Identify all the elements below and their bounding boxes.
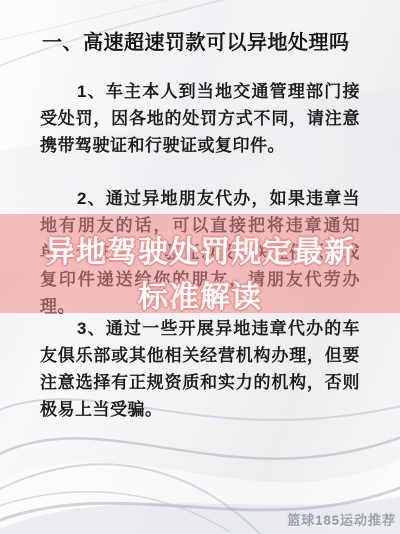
overlay-title-line1: 异地驾驶处罚规定最新 [0, 230, 400, 275]
section-heading: 一、高速超速罚款可以异地处理吗 [42, 26, 350, 55]
paragraph-1: 1、车主本人到当地交通管理部门接受处罚，因各地的处罚方式不同，请注意携带驾驶证和… [40, 78, 360, 159]
watermark: 篮球185运动推荐 [287, 510, 396, 529]
overlay-title-line2: 标准解读 [0, 275, 400, 320]
paragraph-3: 3、通过一些开展异地违章代办的车友俱乐部或其他相关经营机构办理，但要注意选择有正… [40, 315, 360, 423]
article-image: 一、高速超速罚款可以异地处理吗 1、车主本人到当地交通管理部门接受处罚，因各地的… [0, 0, 400, 534]
overlay-title: 异地驾驶处罚规定最新 标准解读 [0, 230, 400, 320]
